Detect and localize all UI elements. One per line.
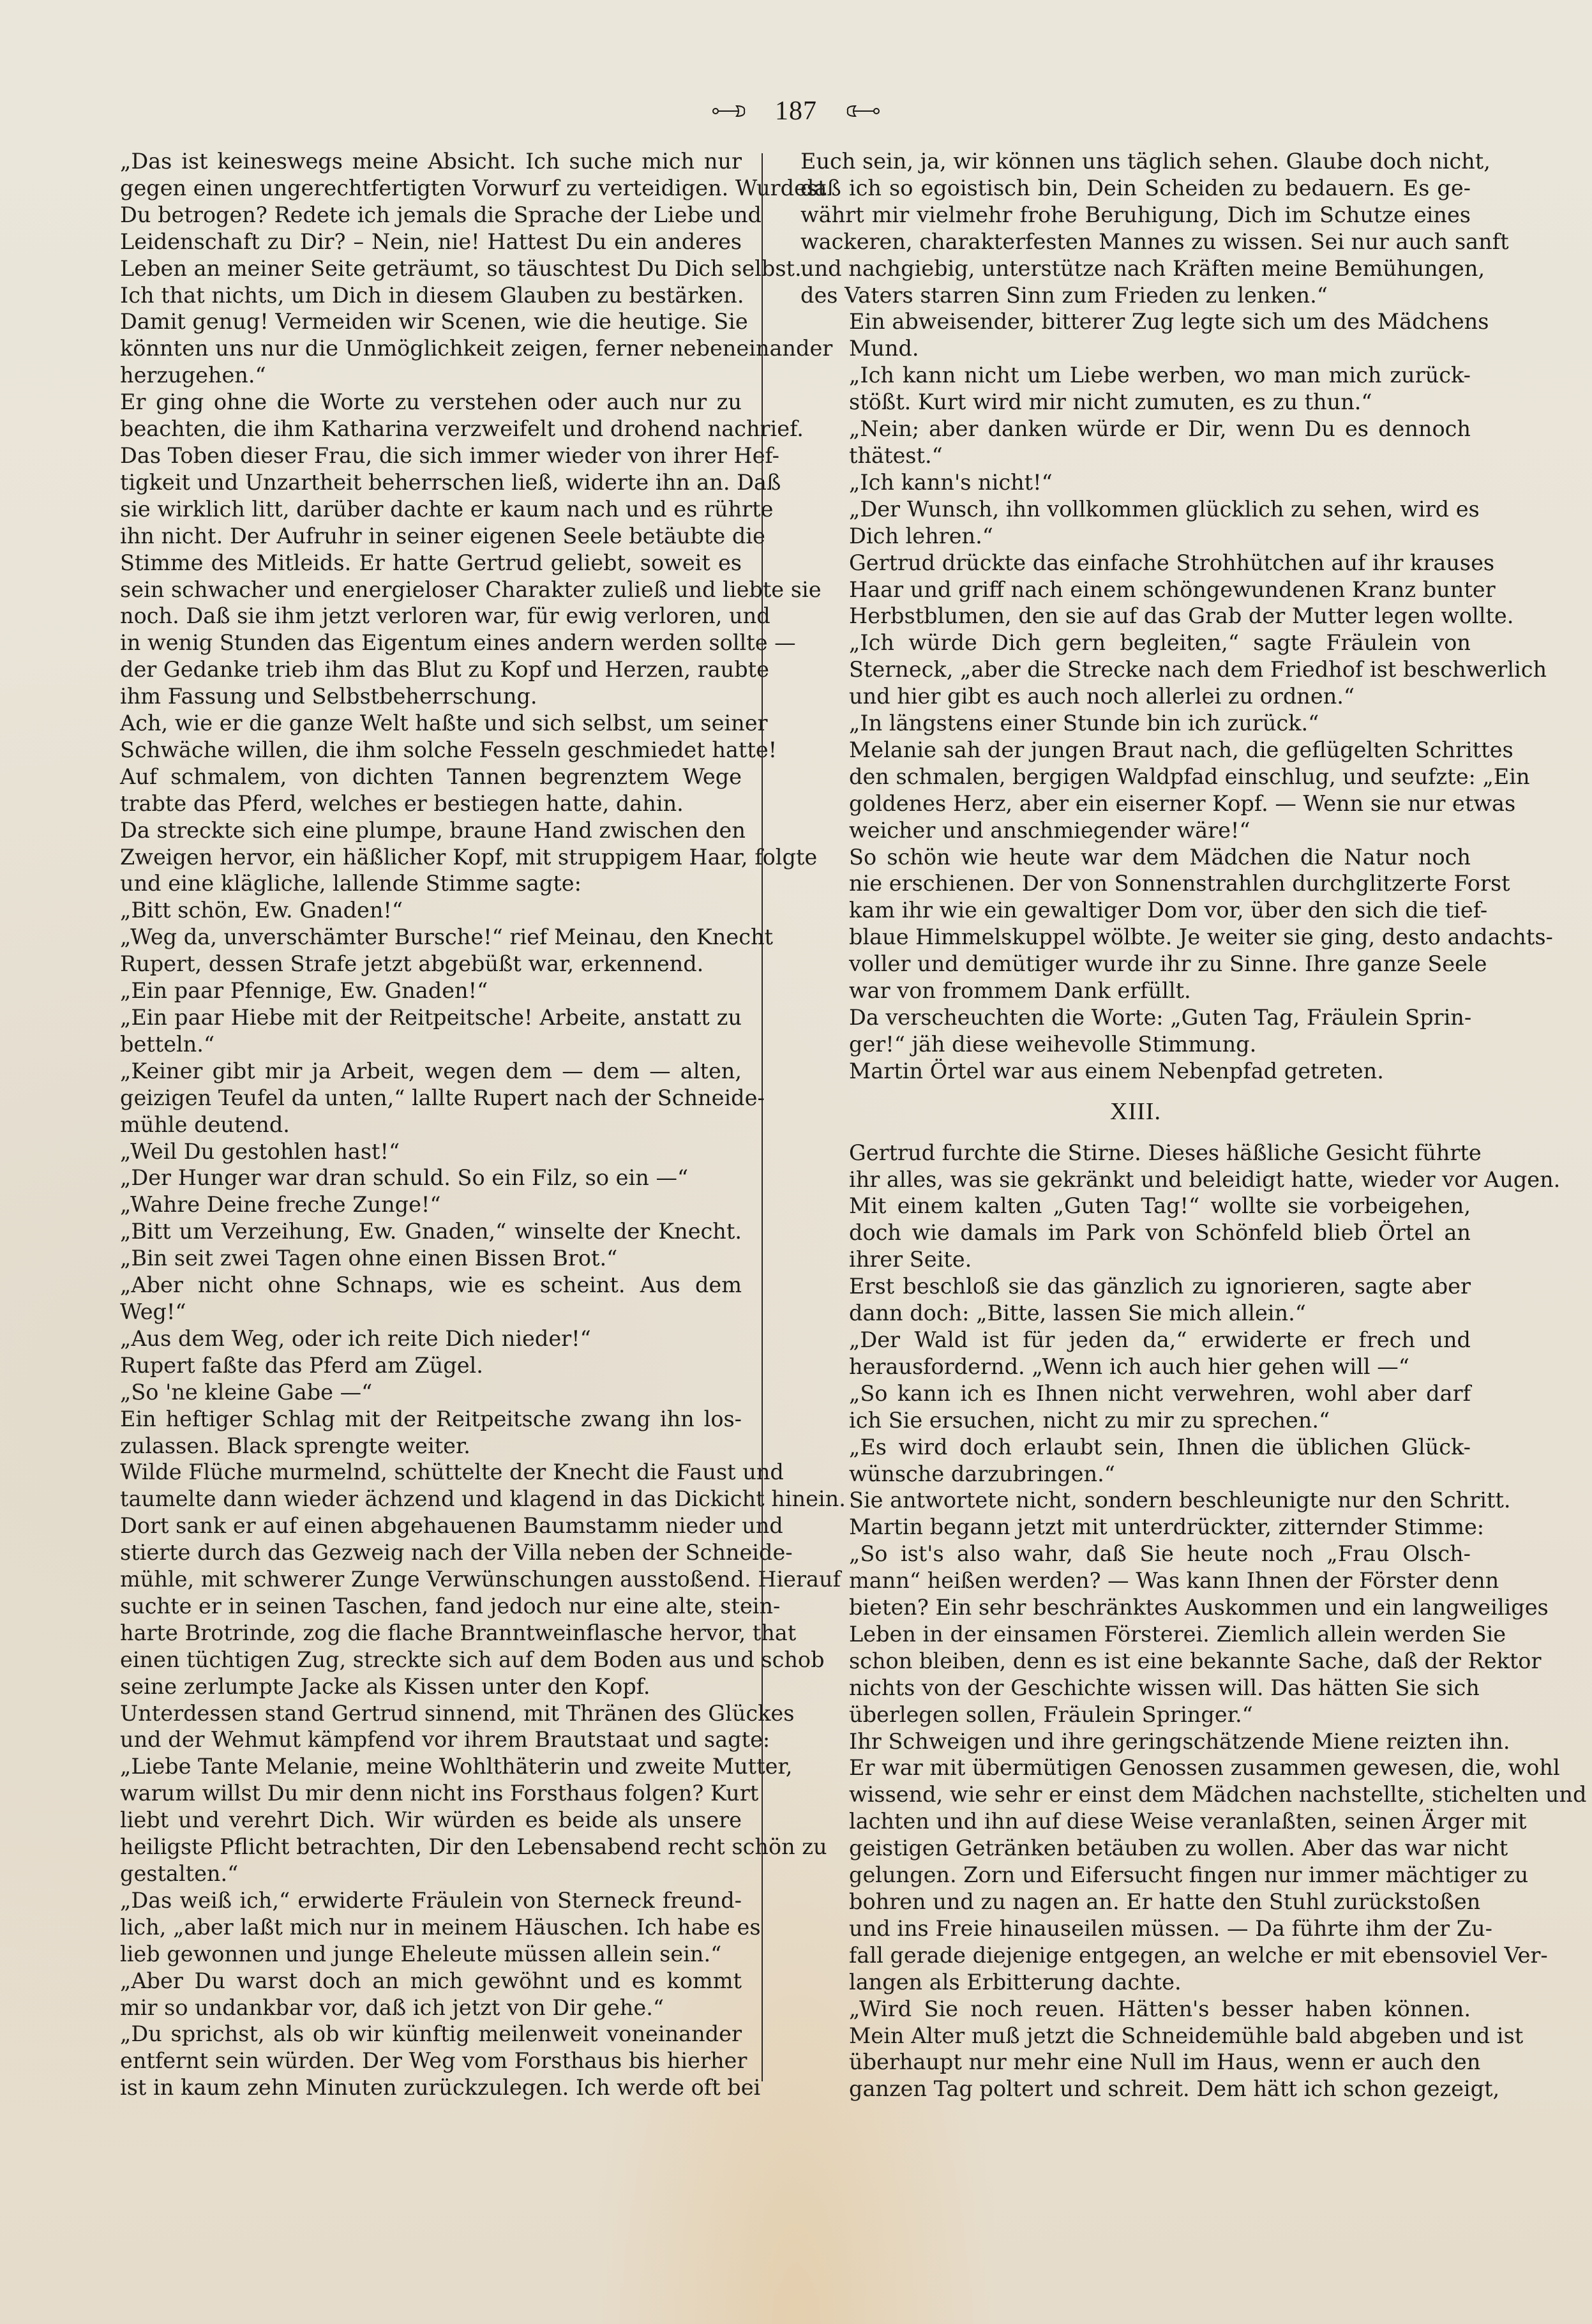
text-line: schon bleiben, denn es ist eine bekannte… [800, 1648, 1471, 1675]
text-line: Gertrud drückte das einfache Strohhütche… [800, 550, 1471, 577]
paragraph: Auf schmalem, von dichten Tannen begrenz… [71, 764, 742, 817]
text-line: und der Wehmut kämpfend vor ihrem Brauts… [71, 1726, 742, 1753]
text-line: lachten und ihn auf diese Weise veranlaß… [800, 1808, 1471, 1835]
text-line: des Vaters starren Sinn zum Frieden zu l… [800, 282, 1471, 309]
text-line: Gertrud furchte die Stirne. Dieses häßli… [800, 1140, 1471, 1166]
text-line: „Ich würde Dich gern begleiten,“ sagte F… [800, 630, 1471, 656]
text-line: Ein abweisender, bitterer Zug legte sich… [800, 308, 1471, 335]
text-line: Wilde Flüche murmelnd, schüttelte der Kn… [71, 1459, 742, 1486]
text-line: So schön wie heute war dem Mädchen die N… [800, 844, 1471, 871]
text-line: Martin Örtel war aus einem Nebenpfad get… [800, 1058, 1471, 1085]
text-line: und ins Freie hinauseilen müssen. — Da f… [800, 1915, 1471, 1942]
text-line: Leidenschaft zu Dir? – Nein, nie! Hattes… [71, 229, 742, 255]
text-line: Das Toben dieser Frau, die sich immer wi… [71, 442, 742, 469]
paragraph: „Der Hunger war dran schuld. So ein Filz… [71, 1165, 742, 1191]
text-line: doch wie damals im Park von Schönfeld bl… [800, 1219, 1471, 1246]
text-line: Herbstblumen, den sie auf das Grab der M… [800, 603, 1471, 630]
text-line: Da streckte sich eine plumpe, braune Han… [71, 817, 742, 844]
paragraph: Martin Örtel war aus einem Nebenpfad get… [800, 1058, 1471, 1085]
paragraph: „Bitt um Verzeihung, Ew. Gnaden,“ winsel… [71, 1218, 742, 1272]
text-line: Euch sein, ja, wir können uns täglich se… [800, 148, 1471, 175]
text-line: könnten uns nur die Unmöglichkeit zeigen… [71, 335, 742, 362]
paragraph: „Weil Du gestohlen hast!“ [71, 1138, 742, 1165]
text-line: lieb gewonnen und junge Eheleute müssen … [71, 1941, 742, 1968]
text-line: Rupert, dessen Strafe jetzt abgebüßt war… [71, 951, 742, 977]
text-line: „Der Hunger war dran schuld. So ein Filz… [71, 1165, 742, 1191]
text-line: „Aber nicht ohne Schnaps, wie es scheint… [71, 1272, 742, 1299]
text-line: Erst beschloß sie das gänzlich zu ignori… [800, 1273, 1471, 1300]
paragraph: „Bitt schön, Ew. Gnaden!“ [71, 897, 742, 924]
text-line: ihrer Seite. [800, 1246, 1471, 1273]
ornament-right-icon [843, 103, 880, 119]
paragraph: Ein abweisender, bitterer Zug legte sich… [800, 308, 1471, 362]
text-line: in wenig Stunden das Eigentum eines ande… [71, 630, 742, 656]
text-line: bieten? Ein sehr beschränktes Auskommen … [800, 1594, 1471, 1621]
text-line: daß ich so egoistisch bin, Dein Scheiden… [800, 175, 1471, 202]
text-line: „Ein paar Hiebe mit der Reitpeitsche! Ar… [71, 1004, 742, 1031]
text-line: Mit einem kalten „Guten Tag!“ wollte sie… [800, 1193, 1471, 1219]
paragraph: Ein heftiger Schlag mit der Reitpeitsche… [71, 1406, 742, 1460]
paragraph: Wilde Flüche murmelnd, schüttelte der Kn… [71, 1459, 742, 1700]
text-line: ihr alles, was sie gekränkt und beleidig… [800, 1166, 1471, 1193]
text-line: „Bitt um Verzeihung, Ew. Gnaden,“ winsel… [71, 1218, 742, 1245]
paragraph: Euch sein, ja, wir können uns täglich se… [800, 148, 1471, 308]
text-line: geizigen Teufel da unten,“ lallte Rupert… [71, 1085, 742, 1112]
text-line: ihm Fassung und Selbstbeherrschung. [71, 683, 742, 710]
paragraph: Er ging ohne die Worte zu verstehen oder… [71, 389, 742, 710]
text-line: Dort sank er auf einen abgehauenen Baums… [71, 1513, 742, 1539]
text-line: wünsche darzubringen.“ [800, 1461, 1471, 1488]
text-line: „In längstens einer Stunde bin ich zurüc… [800, 710, 1471, 737]
text-line: nichts von der Geschichte wissen will. D… [800, 1675, 1471, 1701]
text-line: „Ich kann nicht um Liebe werben, wo man … [800, 362, 1471, 389]
text-line: suchte er in seinen Taschen, fand jedoch… [71, 1593, 742, 1620]
text-line: überhaupt nur mehr eine Null im Haus, we… [800, 2049, 1471, 2076]
text-line: überlegen sollen, Fräulein Springer.“ [800, 1701, 1471, 1728]
text-line: Ach, wie er die ganze Welt haßte und sic… [71, 710, 742, 737]
paragraph: „Ich kann's nicht!“ [800, 469, 1471, 496]
paragraph: „Ein paar Pfennige, Ew. Gnaden!“ [71, 977, 742, 1004]
text-line: „Der Wunsch, ihn vollkommen glücklich zu… [800, 496, 1471, 523]
page-header: 187 [0, 96, 1592, 126]
text-line: harte Brotrinde, zog die flache Branntwe… [71, 1620, 742, 1647]
text-line: stößt. Kurt wird mir nicht zumuten, es z… [800, 389, 1471, 416]
text-line: Dich lehren.“ [800, 523, 1471, 550]
text-line: „So ist's also wahr, daß Sie heute noch … [800, 1541, 1471, 1567]
paragraph: Mit einem kalten „Guten Tag!“ wollte sie… [800, 1193, 1471, 1273]
paragraph: „Das weiß ich,“ erwiderte Fräulein von S… [71, 1887, 742, 1968]
paragraph: „Der Wald ist für jeden da,“ erwiderte e… [800, 1327, 1471, 1380]
text-line: fall gerade diejenige entgegen, an welch… [800, 1942, 1471, 1969]
text-line: geistigen Getränken betäuben zu wollen. … [800, 1835, 1471, 1862]
text-line: ich Sie ersuchen, nicht zu mir zu sprech… [800, 1407, 1471, 1434]
paragraph: „So 'ne kleine Gabe —“ [71, 1379, 742, 1406]
text-line: mühle deutend. [71, 1112, 742, 1138]
text-line: Sie antwortete nicht, sondern beschleuni… [800, 1487, 1471, 1514]
text-line: „Keiner gibt mir ja Arbeit, wegen dem — … [71, 1058, 742, 1085]
text-line: stierte durch das Gezweig nach der Villa… [71, 1539, 742, 1566]
text-line: „Der Wald ist für jeden da,“ erwiderte e… [800, 1327, 1471, 1354]
paragraph: Melanie sah der jungen Braut nach, die g… [800, 737, 1471, 844]
text-line: mühle, mit schwerer Zunge Verwünschungen… [71, 1566, 742, 1593]
text-line: Weg!“ [71, 1299, 742, 1325]
paragraph: Martin begann jetzt mit unterdrückter, z… [800, 1514, 1471, 1541]
text-line: Stimme des Mitleids. Er hatte Gertrud ge… [71, 550, 742, 577]
text-line: voller und demütiger wurde ihr zu Sinne.… [800, 951, 1471, 977]
text-line: „Das weiß ich,“ erwiderte Fräulein von S… [71, 1887, 742, 1914]
text-line: Haar und griff nach einem schöngewundene… [800, 577, 1471, 603]
text-line: Er war mit übermütigen Genossen zusammen… [800, 1754, 1471, 1781]
paragraph: „So ist's also wahr, daß Sie heute noch … [800, 1541, 1471, 1728]
text-line: dann doch: „Bitte, lassen Sie mich allei… [800, 1300, 1471, 1327]
paragraph: „Das ist keineswegs meine Absicht. Ich s… [71, 148, 742, 389]
paragraph: „Wahre Deine freche Zunge!“ [71, 1191, 742, 1218]
paragraph: Ach, wie er die ganze Welt haßte und sic… [71, 710, 742, 764]
text-line: einen tüchtigen Zug, streckte sich auf d… [71, 1647, 742, 1673]
text-line: ganzen Tag poltert und schreit. Dem hätt… [800, 2076, 1471, 2102]
paragraph: So schön wie heute war dem Mädchen die N… [800, 844, 1471, 1004]
text-line: „Du sprichst, als ob wir künftig meilenw… [71, 2021, 742, 2048]
text-line: Ihr Schweigen und ihre geringschätzende … [800, 1728, 1471, 1755]
paragraph: „Ich kann nicht um Liebe werben, wo man … [800, 362, 1471, 416]
text-line: „Das ist keineswegs meine Absicht. Ich s… [71, 148, 742, 175]
text-line: „Wird Sie noch reuen. Hätten's besser ha… [800, 1996, 1471, 2023]
text-line: wackeren, charakterfesten Mannes zu wiss… [800, 229, 1471, 255]
text-line: Leben in der einsamen Försterei. Ziemlic… [800, 1621, 1471, 1648]
text-line: liebt und verehrt Dich. Wir würden es be… [71, 1807, 742, 1834]
text-line: Rupert faßte das Pferd am Zügel. [71, 1352, 742, 1379]
page-number: 187 [775, 96, 817, 126]
text-line: und nachgiebig, unterstütze nach Kräften… [800, 255, 1471, 282]
text-line: Melanie sah der jungen Braut nach, die g… [800, 737, 1471, 764]
text-line: herzugehen.“ [71, 362, 742, 389]
text-line: „Wahre Deine freche Zunge!“ [71, 1191, 742, 1218]
text-line: goldenes Herz, aber ein eiserner Kopf. —… [800, 790, 1471, 817]
text-line: „So kann ich es Ihnen nicht verwehren, w… [800, 1380, 1471, 1407]
text-line: Auf schmalem, von dichten Tannen begrenz… [71, 764, 742, 790]
text-line: bohren und zu nagen an. Er hatte den Stu… [800, 1889, 1471, 1915]
text-line: Leben an meiner Seite geträumt, so täusc… [71, 255, 742, 282]
text-line: mann“ heißen werden? — Was kann Ihnen de… [800, 1567, 1471, 1594]
text-line: nie erschienen. Der von Sonnenstrahlen d… [800, 870, 1471, 897]
text-line: mir so undankbar vor, daß ich jetzt von … [71, 1995, 742, 2021]
paragraph: „Wird Sie noch reuen. Hätten's besser ha… [800, 1996, 1471, 2103]
text-line: Damit genug! Vermeiden wir Scenen, wie d… [71, 308, 742, 335]
paragraph: Gertrud drückte das einfache Strohhütche… [800, 550, 1471, 630]
text-line: Martin begann jetzt mit unterdrückter, z… [800, 1514, 1471, 1541]
text-line: langen als Erbitterung dachte. [800, 1969, 1471, 1996]
text-line: „Nein; aber danken würde er Dir, wenn Du… [800, 416, 1471, 442]
paragraph: Da streckte sich eine plumpe, braune Han… [71, 817, 742, 898]
text-line: „Bin seit zwei Tagen ohne einen Bissen B… [71, 1245, 742, 1272]
paragraph: Ihr Schweigen und ihre geringschätzende … [800, 1728, 1471, 1996]
text-line: heiligste Pflicht betrachten, Dir den Le… [71, 1834, 742, 1860]
left-column: „Das ist keineswegs meine Absicht. Ich s… [71, 148, 742, 2101]
text-line: zulassen. Black sprengte weiter. [71, 1433, 742, 1460]
paragraph: Erst beschloß sie das gänzlich zu ignori… [800, 1273, 1471, 1327]
text-line: sie wirklich litt, darüber dachte er kau… [71, 496, 742, 523]
paragraph: „Aber Du warst doch an mich gewöhnt und … [71, 1968, 742, 2021]
text-line: der Gedanke trieb ihm das Blut zu Kopf u… [71, 656, 742, 683]
text-line: ihn nicht. Der Aufruhr in seiner eigenen… [71, 523, 742, 550]
text-line: „Weg da, unverschämter Bursche!“ rief Me… [71, 924, 742, 951]
text-line: und eine klägliche, lallende Stimme sagt… [71, 870, 742, 897]
text-line: gelungen. Zorn und Eifersucht fingen nur… [800, 1862, 1471, 1889]
text-line: thätest.“ [800, 442, 1471, 469]
ornament-left-icon [712, 103, 749, 119]
text-line: Schwäche willen, die ihm solche Fesseln … [71, 737, 742, 764]
paragraph: „Ein paar Hiebe mit der Reitpeitsche! Ar… [71, 1004, 742, 1058]
text-line: „Aber Du warst doch an mich gewöhnt und … [71, 1968, 742, 1995]
text-line: tigkeit und Unzartheit beherrschen ließ,… [71, 469, 742, 496]
text-line: währt mir vielmehr frohe Beruhigung, Dic… [800, 202, 1471, 229]
paragraph: „In längstens einer Stunde bin ich zurüc… [800, 710, 1471, 737]
text-line: und hier gibt es auch noch allerlei zu o… [800, 683, 1471, 710]
paragraph: „Weg da, unverschämter Bursche!“ rief Me… [71, 924, 742, 977]
text-line: „Bitt schön, Ew. Gnaden!“ [71, 897, 742, 924]
paragraph: „Aus dem Weg, oder ich reite Dich nieder… [71, 1325, 742, 1352]
text-line: sein schwacher und energieloser Charakte… [71, 577, 742, 603]
paragraph: „Keiner gibt mir ja Arbeit, wegen dem — … [71, 1058, 742, 1138]
paragraph: „Ich würde Dich gern begleiten,“ sagte F… [800, 630, 1471, 710]
text-line: gestalten.“ [71, 1860, 742, 1887]
text-line: ist in kaum zehn Minuten zurückzulegen. … [71, 2074, 742, 2101]
text-line: weicher und anschmiegender wäre!“ [800, 817, 1471, 844]
text-line: beachten, die ihm Katharina verzweifelt … [71, 416, 742, 442]
paragraph: Rupert faßte das Pferd am Zügel. [71, 1352, 742, 1379]
paragraph: Unterdessen stand Gertrud sinnend, mit T… [71, 1700, 742, 1887]
text-line: trabte das Pferd, welches er bestiegen h… [71, 790, 742, 817]
text-line: „Ein paar Pfennige, Ew. Gnaden!“ [71, 977, 742, 1004]
text-line: noch. Daß sie ihm jetzt verloren war, fü… [71, 603, 742, 630]
text-line: lich, „aber laßt mich nur in meinem Häus… [71, 1914, 742, 1941]
paragraph: Da verscheuchten die Worte: „Guten Tag, … [800, 1004, 1471, 1058]
text-line: kam ihr wie ein gewaltiger Dom vor, über… [800, 897, 1471, 924]
text-line: Ich that nichts, um Dich in diesem Glaub… [71, 282, 742, 309]
text-line: Mund. [800, 335, 1471, 362]
text-line: war von frommem Dank erfüllt. [800, 977, 1471, 1004]
text-line: ger!“ jäh diese weihevolle Stimmung. [800, 1031, 1471, 1058]
paragraph: Sie antwortete nicht, sondern beschleuni… [800, 1487, 1471, 1514]
text-line: taumelte dann wieder ächzend und klagend… [71, 1486, 742, 1513]
paragraph: Gertrud furchte die Stirne. Dieses häßli… [800, 1140, 1471, 1193]
text-line: Er ging ohne die Worte zu verstehen oder… [71, 389, 742, 416]
text-line: entfernt sein würden. Der Weg vom Forsth… [71, 2048, 742, 2074]
right-column-before-chapter: Euch sein, ja, wir können uns täglich se… [800, 148, 1471, 1085]
paragraph: „Nein; aber danken würde er Dir, wenn Du… [800, 416, 1471, 469]
text-line: „Aus dem Weg, oder ich reite Dich nieder… [71, 1325, 742, 1352]
text-line: Da verscheuchten die Worte: „Guten Tag, … [800, 1004, 1471, 1031]
text-line: „Weil Du gestohlen hast!“ [71, 1138, 742, 1165]
chapter-heading: XIII. [800, 1099, 1471, 1126]
text-line: betteln.“ [71, 1031, 742, 1058]
paragraph: „Aber nicht ohne Schnaps, wie es scheint… [71, 1272, 742, 1325]
right-column: Euch sein, ja, wir können uns täglich se… [800, 148, 1471, 2102]
text-line: Ein heftiger Schlag mit der Reitpeitsche… [71, 1406, 742, 1433]
text-line: Zweigen hervor, ein häßlicher Kopf, mit … [71, 844, 742, 871]
text-line: „Liebe Tante Melanie, meine Wohlthäterin… [71, 1753, 742, 1780]
text-line: wissend, wie sehr er einst dem Mädchen n… [800, 1781, 1471, 1808]
text-line: Mein Alter muß jetzt die Schneidemühle b… [800, 2023, 1471, 2049]
text-line: „Ich kann's nicht!“ [800, 469, 1471, 496]
text-line: Unterdessen stand Gertrud sinnend, mit T… [71, 1700, 742, 1727]
paragraph: „Du sprichst, als ob wir künftig meilenw… [71, 2021, 742, 2101]
right-column-after-chapter: Gertrud furchte die Stirne. Dieses häßli… [800, 1140, 1471, 2103]
text-line: gegen einen ungerechtfertigten Vorwurf z… [71, 175, 742, 202]
text-line: blaue Himmelskuppel wölbte. Je weiter si… [800, 924, 1471, 951]
paragraph: „Der Wunsch, ihn vollkommen glücklich zu… [800, 496, 1471, 550]
text-line: herausfordernd. „Wenn ich auch hier gehe… [800, 1354, 1471, 1380]
text-line: „So 'ne kleine Gabe —“ [71, 1379, 742, 1406]
text-line: warum willst Du mir denn nicht ins Forst… [71, 1780, 742, 1807]
text-line: den schmalen, bergigen Waldpfad einschlu… [800, 764, 1471, 790]
text-line: „Es wird doch erlaubt sein, Ihnen die üb… [800, 1434, 1471, 1461]
text-line: Sterneck, „aber die Strecke nach dem Fri… [800, 656, 1471, 683]
text-line: seine zerlumpte Jacke als Kissen unter d… [71, 1673, 742, 1700]
paragraph: „So kann ich es Ihnen nicht verwehren, w… [800, 1380, 1471, 1434]
paragraph: „Es wird doch erlaubt sein, Ihnen die üb… [800, 1434, 1471, 1488]
text-line: Du betrogen? Redete ich jemals die Sprac… [71, 202, 742, 229]
